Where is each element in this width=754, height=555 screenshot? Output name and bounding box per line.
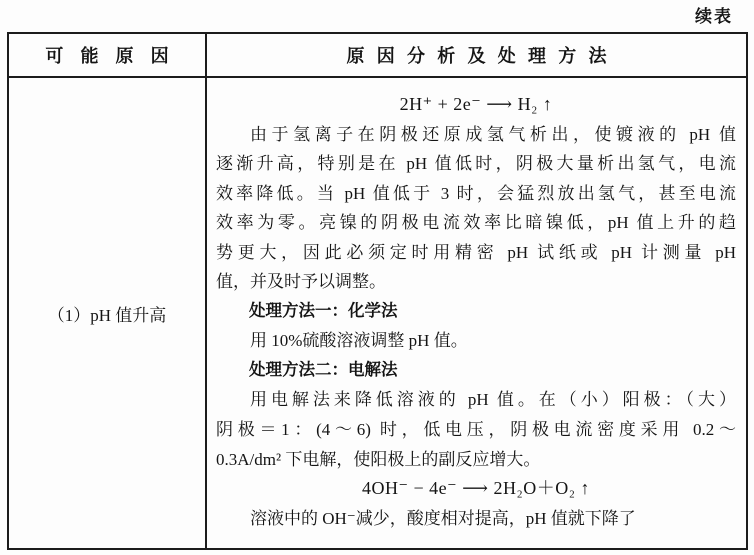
analysis-line: 由于氢离子在阴极还原成氢气析出，使镀液的 pH 值	[216, 120, 736, 150]
treatment-method-2-heading: 处理方法二：电解法	[216, 356, 736, 386]
continued-table-label: 续表	[695, 2, 733, 27]
analysis-line: 效率为零。亮镍的阴极电流效率比暗镍低，pH 值上升的趋	[216, 208, 736, 238]
analysis-line: 用电解法来降低溶液的 pH 值。在（小）阳极：（大）	[216, 385, 736, 415]
analysis-cell: 2H⁺ + 2e⁻ ⟶ H₂ ↑ 由于氢离子在阴极还原成氢气析出，使镀液的 pH…	[207, 78, 746, 548]
analysis-line: 逐渐升高，特别是在 pH 值低时，阴极大量析出氢气，电流	[216, 149, 736, 179]
scanned-document-page: { "page": { "continued_label": "续表" }, "…	[0, 0, 754, 555]
analysis-line: 势更大，因此必须定时用精密 pH 试纸或 pH 计测量 pH	[216, 238, 736, 268]
header-label-analysis-method: 原因分析及处理方法	[334, 42, 618, 68]
analysis-line: 溶液中的 OH⁻减少，酸度相对提高，pH 值就下降了	[216, 504, 736, 534]
hydroxide-oxidation-equation: 4OH⁻ − 4e⁻ ⟶ 2H₂O＋O₂ ↑	[216, 474, 736, 504]
header-label-possible-cause: 可能原因	[28, 42, 186, 68]
analysis-line: 值，并及时予以调整。	[216, 267, 736, 297]
analysis-line: 0.3A/dm² 下电解，使阳极上的副反应增大。	[216, 445, 736, 475]
analysis-line: 阴极＝1：(4～6) 时，低电压，阴极电流密度采用 0.2～	[216, 415, 736, 445]
analysis-line: 用 10%硫酸溶液调整 pH 值。	[216, 326, 736, 356]
header-cell-analysis-method: 原因分析及处理方法	[207, 34, 746, 78]
cause-cell: （1）pH 值升高	[9, 78, 207, 548]
header-cell-possible-cause: 可能原因	[9, 34, 207, 78]
troubleshooting-table: 可能原因 原因分析及处理方法 （1）pH 值升高 2H⁺ + 2e⁻ ⟶ H₂ …	[7, 32, 748, 550]
cause-text: （1）pH 值升高	[48, 301, 167, 326]
analysis-line: 效率降低。当 pH 值低于 3 时，会猛烈放出氢气，甚至电流	[216, 179, 736, 209]
hydrogen-evolution-equation: 2H⁺ + 2e⁻ ⟶ H₂ ↑	[216, 90, 736, 120]
treatment-method-1-heading: 处理方法一：化学法	[216, 297, 736, 327]
